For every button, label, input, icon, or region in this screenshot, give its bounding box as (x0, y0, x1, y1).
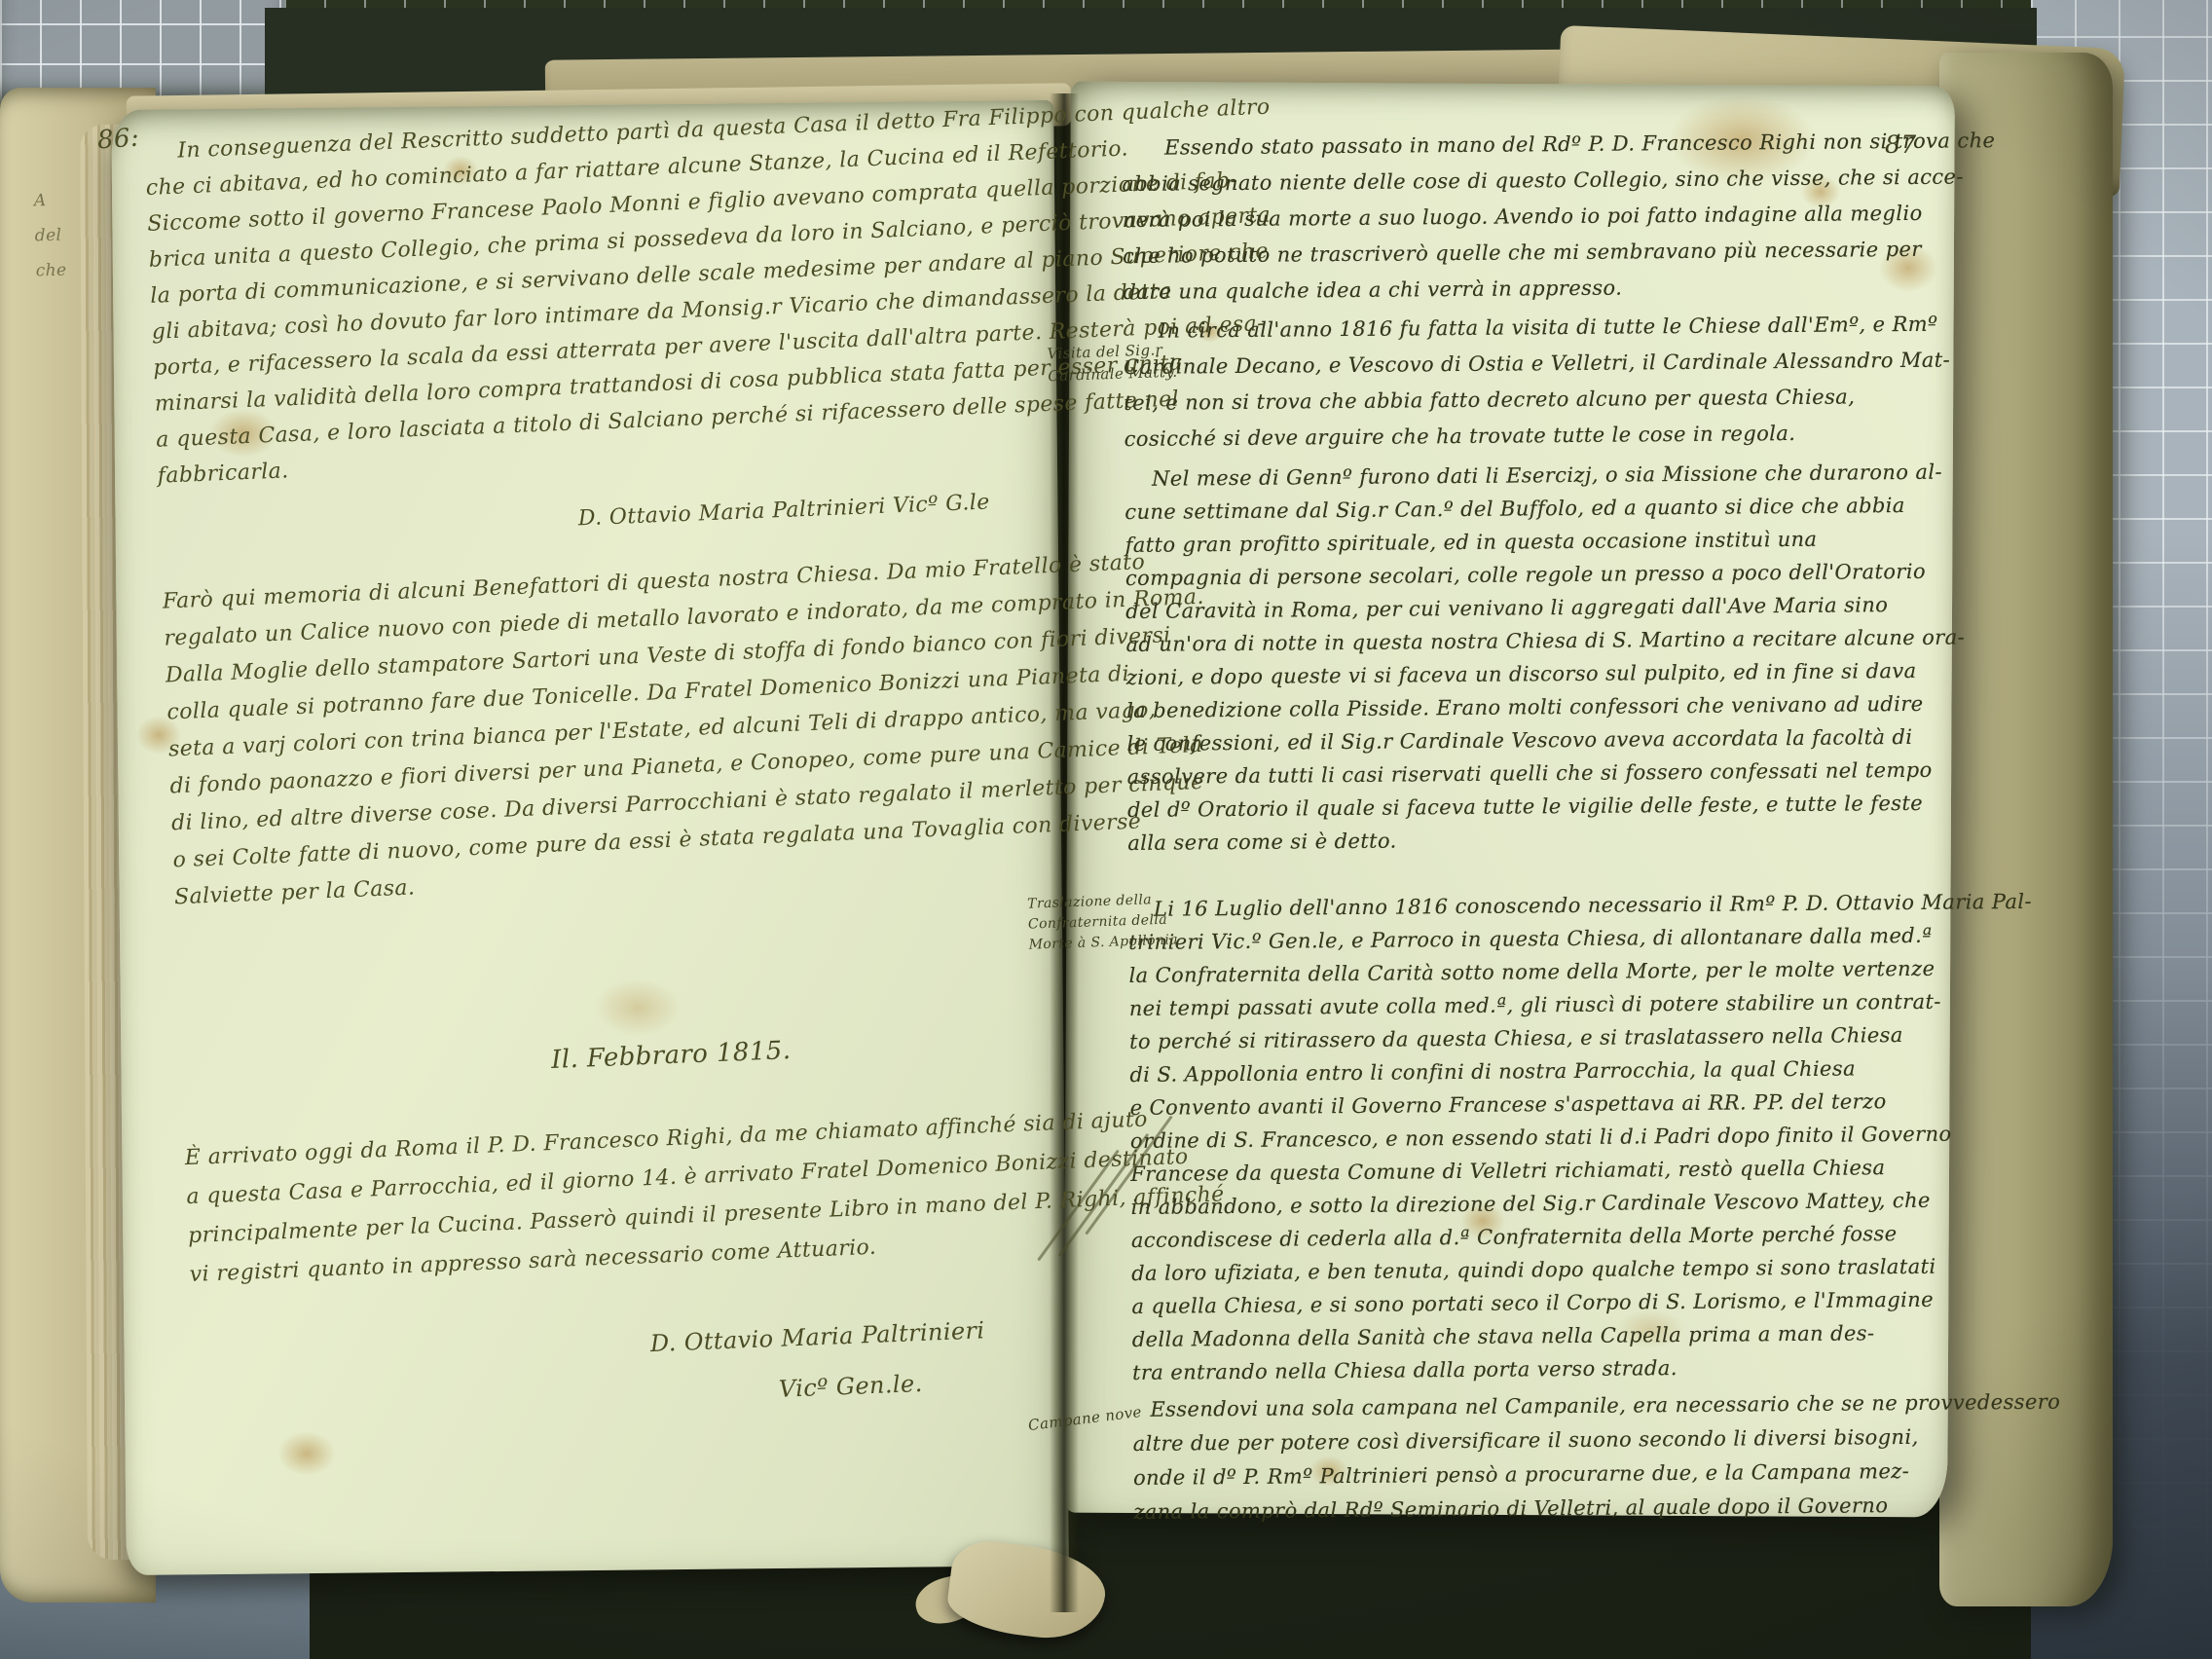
right-paragraph-traslazione: Li 16 Luglio dell'anno 1816 conoscendo n… (1128, 892, 2036, 1396)
manuscript-line: che (35, 261, 67, 297)
fore-edge-ghost-text: Adelche (34, 191, 68, 297)
manuscript-line: A (34, 191, 66, 227)
margin-note-visita-cardinale: Visita del Sig.rCardinale Matty. (1047, 341, 1178, 390)
manuscript-photo: 86: 87 Adelche In conseguenza del Rescri… (0, 0, 2212, 1659)
right-paragraph-esercizj: Nel mese di Gennº furono dati li Eserciz… (1124, 461, 1967, 866)
manuscript-line: Cardinale Matty. (1048, 363, 1178, 390)
manuscript-line: zana la comprò dal Rdº Seminario di Vell… (1133, 1494, 2061, 1536)
left-paragraph-rescritto: In conseguenza del Rescritto suddetto pa… (144, 97, 1284, 502)
manuscript-line: cosicché si deve arguire che ha trovate … (1124, 423, 1951, 465)
manuscript-line: del (35, 226, 67, 262)
right-paragraph-campane: Essendovi una sola campana nel Campanile… (1132, 1392, 2061, 1536)
torn-page-remnant-bottom-small (910, 1569, 987, 1630)
signature-paltrinieri-2-line2: Vicº Gen.le. (778, 1372, 923, 1401)
right-paragraph-premessa: Essendo stato passato in mano del Rdº P.… (1122, 130, 1997, 318)
manuscript-line: dare una qualche idea a chi verrà in app… (1123, 275, 1997, 318)
page-number-86: 86: (96, 124, 140, 156)
left-paragraph-benefattori: Farò qui memoria di alcuni Benefattori d… (163, 550, 1216, 925)
margin-note-traslazione-confraternita: Traslazione dellaConfraternita dellaMort… (1027, 891, 1178, 957)
right-paragraph-visita: In circa all'anno 1816 fu fatta la visit… (1124, 314, 1951, 465)
